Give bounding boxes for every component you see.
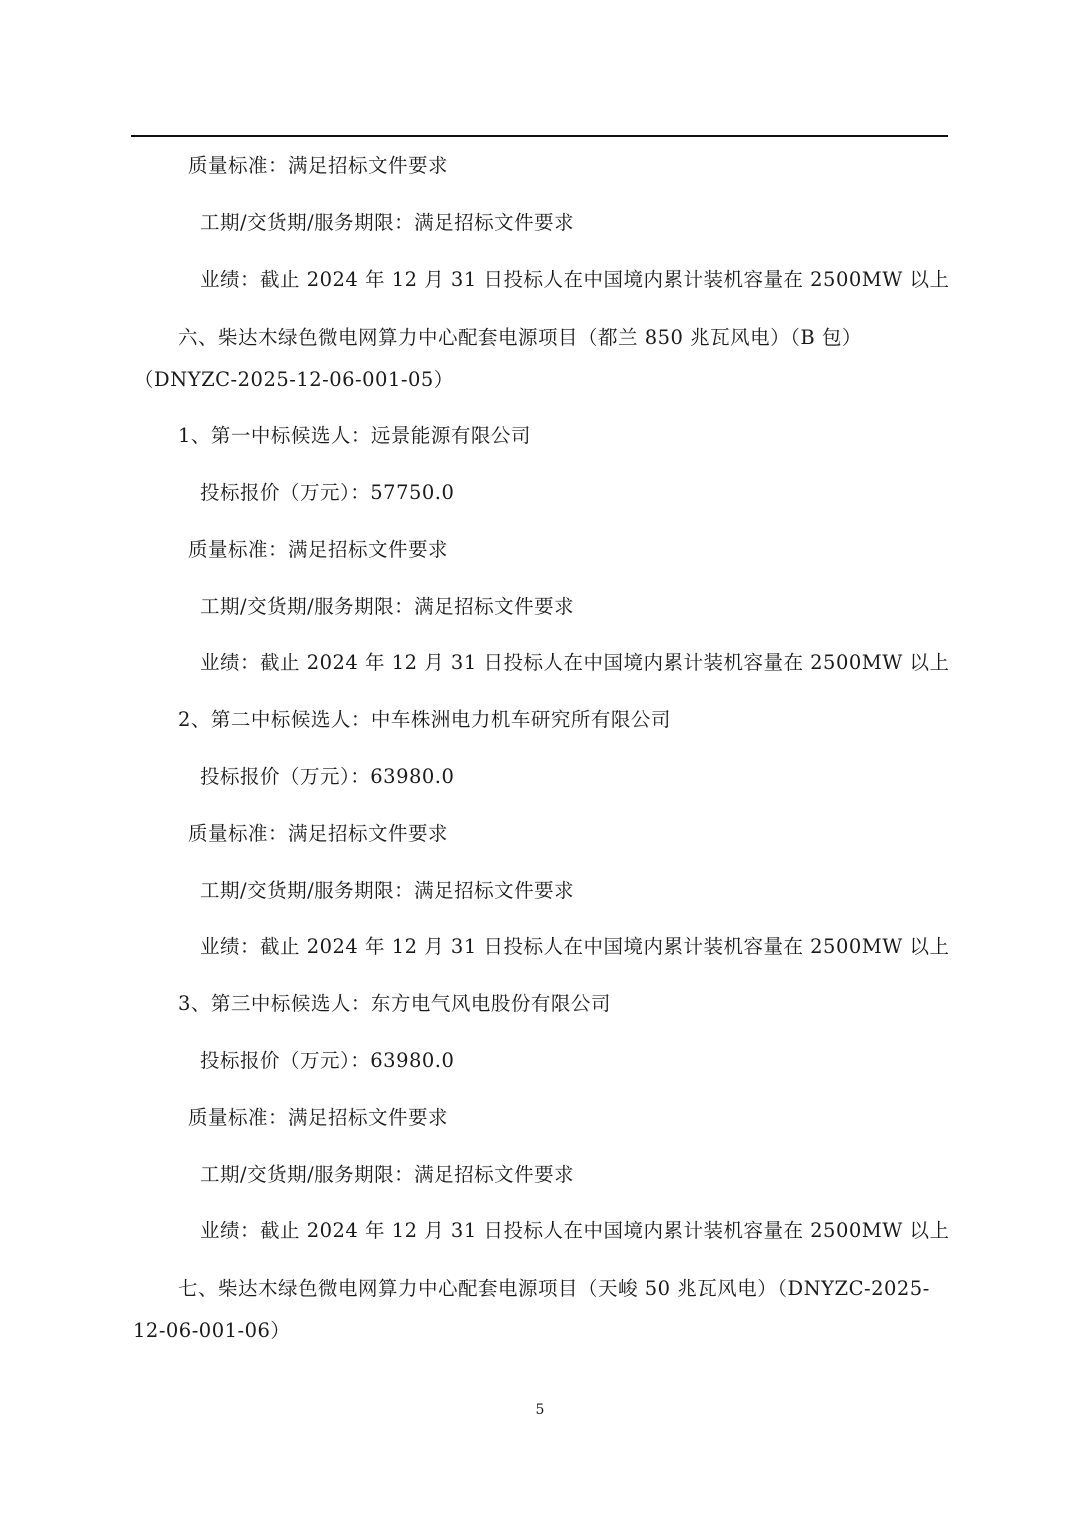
performance-line: 业绩：截止 2024 年 12 月 31 日投标人在中国境内累计装机容量在 25…	[200, 267, 949, 293]
quality-standard-line: 质量标准：满足招标文件要求	[188, 153, 448, 179]
section-six-heading: 六、柴达木绿色微电网算力中心配套电源项目（都兰 850 兆瓦风电）（B 包）	[178, 325, 862, 351]
candidate-3-name: 3、第三中标候选人：东方电气风电股份有限公司	[178, 991, 611, 1017]
candidate-1-quality: 质量标准：满足招标文件要求	[188, 537, 448, 563]
candidate-3-bid: 投标报价（万元）：63980.0	[200, 1048, 454, 1074]
candidate-1-performance: 业绩：截止 2024 年 12 月 31 日投标人在中国境内累计装机容量在 25…	[200, 650, 949, 676]
candidate-3-quality: 质量标准：满足招标文件要求	[188, 1105, 448, 1131]
candidate-2-performance: 业绩：截止 2024 年 12 月 31 日投标人在中国境内累计装机容量在 25…	[200, 934, 949, 960]
section-six-code: （DNYZC-2025-12-06-001-05）	[134, 367, 454, 393]
section-seven-code: 12-06-001-06）	[133, 1318, 290, 1344]
candidate-2-name: 2、第二中标候选人：中车株洲电力机车研究所有限公司	[178, 707, 671, 733]
candidate-1-bid: 投标报价（万元）：57750.0	[200, 480, 454, 506]
candidate-2-schedule: 工期/交货期/服务期限：满足招标文件要求	[200, 878, 574, 904]
schedule-line: 工期/交货期/服务期限：满足招标文件要求	[200, 210, 574, 236]
page-number: 5	[0, 1402, 1080, 1418]
header-rule	[131, 135, 948, 137]
candidate-3-schedule: 工期/交货期/服务期限：满足招标文件要求	[200, 1162, 574, 1188]
candidate-3-performance: 业绩：截止 2024 年 12 月 31 日投标人在中国境内累计装机容量在 25…	[200, 1218, 949, 1244]
section-seven-heading: 七、柴达木绿色微电网算力中心配套电源项目（天峻 50 兆瓦风电）（DNYZC-2…	[178, 1276, 930, 1302]
candidate-1-name: 1、第一中标候选人：远景能源有限公司	[178, 423, 531, 449]
candidate-1-schedule: 工期/交货期/服务期限：满足招标文件要求	[200, 594, 574, 620]
candidate-2-quality: 质量标准：满足招标文件要求	[188, 821, 448, 847]
candidate-2-bid: 投标报价（万元）：63980.0	[200, 764, 454, 790]
